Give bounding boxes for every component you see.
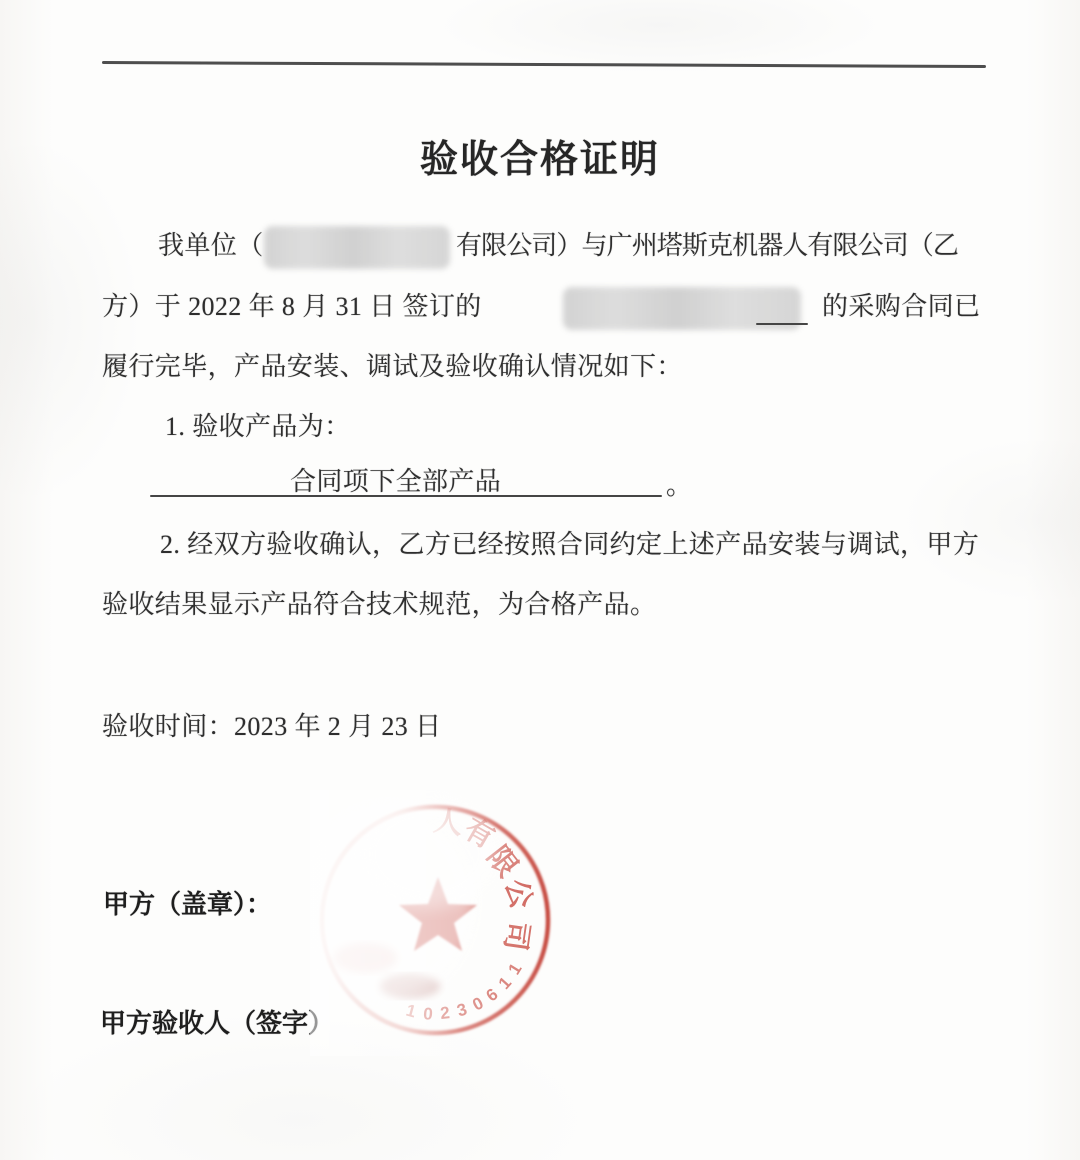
para1-line3: 履行完毕，产品安装、调试及验收确认情况如下： (102, 351, 683, 382)
item2-line1: 2. 经双方验收确认，乙方已经按照合同约定上述产品安装与调试，甲方 (160, 529, 979, 560)
item1-label: 1. 验收产品为： (165, 411, 351, 442)
item2-line2: 验收结果显示产品符合技术规范，为合格产品。 (102, 589, 656, 620)
redaction-company-name (264, 226, 450, 269)
header-rule (102, 61, 986, 68)
para1-line1-suffix: 有限公司）与广州塔斯克机器人有限公司（乙 (456, 230, 958, 261)
para1-line1-prefix: 我单位（ (158, 230, 264, 261)
seal-graphic: 人 有 限 公 司 1 0 2 3 0 6 1 1 (310, 790, 570, 1056)
party-a-inspector-label: 甲方验收人（签字） (100, 1007, 334, 1040)
company-seal-stamp: 人 有 限 公 司 1 0 2 3 0 6 1 1 (310, 790, 570, 1056)
para1-line2-suffix: 的采购合同已 (822, 291, 980, 322)
para1-line2-prefix: 方）于 2022 年 8 月 31 日 签订的 (102, 291, 482, 322)
seal-fade-gradient (310, 790, 570, 1056)
party-a-seal-label: 甲方（盖章）： (103, 888, 272, 921)
item1-value: 合同项下全部产品 (290, 466, 501, 497)
scanned-acceptance-certificate: 验收合格证明 我单位（ 有限公司）与广州塔斯克机器人有限公司（乙 方）于 202… (0, 0, 1080, 1160)
acceptance-time-line: 验收时间：2023 年 2 月 23 日 (102, 711, 442, 742)
contract-blank-underline (756, 323, 808, 325)
document-title: 验收合格证明 (0, 128, 1080, 183)
item1-period: 。 (666, 470, 692, 501)
